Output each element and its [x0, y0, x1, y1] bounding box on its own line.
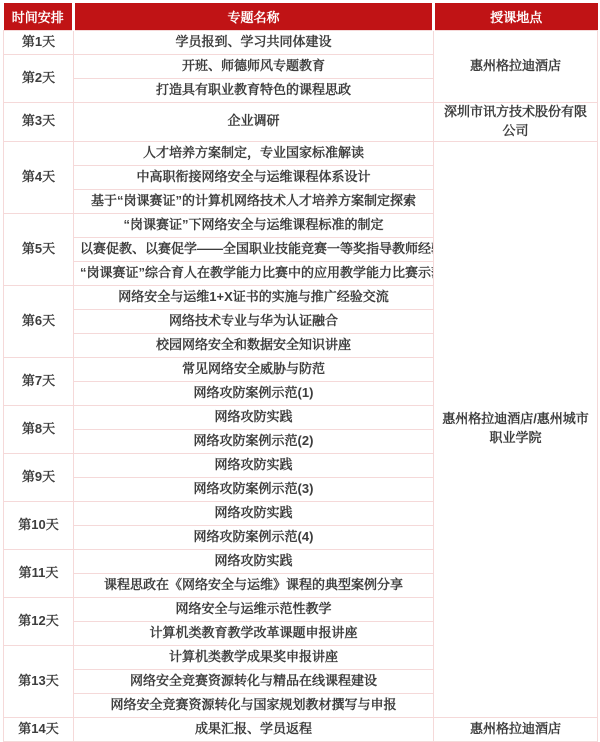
topic-cell: 计算机类教育教学改革课题申报讲座 — [74, 621, 434, 645]
topic-cell: 网络攻防实践 — [74, 405, 434, 429]
location-cell: 惠州格拉迪酒店 — [434, 31, 598, 103]
training-schedule-page: 时间安排 专题名称 授课地点 第1天学员报到、学习共同体建设惠州格拉迪酒店第2天… — [0, 0, 600, 733]
day-cell: 第12天 — [4, 597, 74, 645]
table-body: 第1天学员报到、学习共同体建设惠州格拉迪酒店第2天开班、师德师风专题教育打造具有… — [4, 31, 598, 742]
day-cell: 第5天 — [4, 213, 74, 285]
day-cell: 第2天 — [4, 55, 74, 103]
day-cell: 第9天 — [4, 453, 74, 501]
topic-cell: 以赛促教、以赛促学——全国职业技能竞赛一等奖指导教师经验分享 — [74, 237, 434, 261]
topic-cell: 计算机类教学成果奖申报讲座 — [74, 645, 434, 669]
topic-cell: 课程思政在《网络安全与运维》课程的典型案例分享 — [74, 573, 434, 597]
topic-cell: 网络安全竞赛资源转化与精品在线课程建设 — [74, 669, 434, 693]
table-row: 第4天人才培养方案制定，专业国家标准解读惠州格拉迪酒店/惠州城市职业学院 — [4, 141, 598, 165]
topic-cell: 人才培养方案制定，专业国家标准解读 — [74, 141, 434, 165]
topic-cell: 网络攻防案例示范(4) — [74, 525, 434, 549]
topic-cell: 网络攻防实践 — [74, 549, 434, 573]
topic-cell: 网络攻防案例示范(3) — [74, 477, 434, 501]
day-cell: 第1天 — [4, 31, 74, 55]
day-cell: 第8天 — [4, 405, 74, 453]
day-cell: 第14天 — [4, 717, 74, 741]
location-cell: 惠州格拉迪酒店 — [434, 717, 598, 741]
topic-cell: 网络安全与运维示范性教学 — [74, 597, 434, 621]
column-header-topic: 专题名称 — [74, 3, 434, 31]
topic-cell: 网络攻防实践 — [74, 453, 434, 477]
table-row: 第1天学员报到、学习共同体建设惠州格拉迪酒店 — [4, 31, 598, 55]
topic-cell: 常见网络安全威胁与防范 — [74, 357, 434, 381]
topic-cell: 网络安全与运维1+X证书的实施与推广经验交流 — [74, 285, 434, 309]
column-header-time: 时间安排 — [4, 3, 74, 31]
day-cell: 第11天 — [4, 549, 74, 597]
topic-cell: 网络攻防案例示范(2) — [74, 429, 434, 453]
day-cell: 第10天 — [4, 501, 74, 549]
location-cell: 深圳市讯方技术股份有限公司 — [434, 103, 598, 142]
topic-cell: 中高职衔接网络安全与运维课程体系设计 — [74, 165, 434, 189]
topic-cell: 开班、师德师风专题教育 — [74, 55, 434, 79]
topic-cell: “岗课赛证”综合育人在教学能力比赛中的应用教学能力比赛示范 — [74, 261, 434, 285]
topic-cell: 基于“岗课赛证”的计算机网络技术人才培养方案制定探索 — [74, 189, 434, 213]
topic-cell: 企业调研 — [74, 103, 434, 142]
topic-cell: 打造具有职业教育特色的课程思政 — [74, 79, 434, 103]
table-row: 第14天成果汇报、学员返程惠州格拉迪酒店 — [4, 717, 598, 741]
topic-cell: 学员报到、学习共同体建设 — [74, 31, 434, 55]
day-cell: 第6天 — [4, 285, 74, 357]
day-cell: 第7天 — [4, 357, 74, 405]
day-cell: 第4天 — [4, 141, 74, 213]
location-cell: 惠州格拉迪酒店/惠州城市职业学院 — [434, 141, 598, 717]
topic-cell: 网络攻防实践 — [74, 501, 434, 525]
topic-cell: 网络安全竞赛资源转化与国家规划教材撰写与申报 — [74, 693, 434, 717]
topic-cell: 网络攻防案例示范(1) — [74, 381, 434, 405]
table-row: 第3天企业调研深圳市讯方技术股份有限公司 — [4, 103, 598, 142]
day-cell: 第13天 — [4, 645, 74, 717]
schedule-table: 时间安排 专题名称 授课地点 第1天学员报到、学习共同体建设惠州格拉迪酒店第2天… — [3, 3, 598, 742]
topic-cell: 成果汇报、学员返程 — [74, 717, 434, 741]
day-cell: 第3天 — [4, 103, 74, 142]
table-header-row: 时间安排 专题名称 授课地点 — [4, 3, 598, 31]
topic-cell: “岗课赛证”下网络安全与运维课程标准的制定 — [74, 213, 434, 237]
topic-cell: 网络技术专业与华为认证融合 — [74, 309, 434, 333]
column-header-location: 授课地点 — [434, 3, 598, 31]
topic-cell: 校园网络安全和数据安全知识讲座 — [74, 333, 434, 357]
